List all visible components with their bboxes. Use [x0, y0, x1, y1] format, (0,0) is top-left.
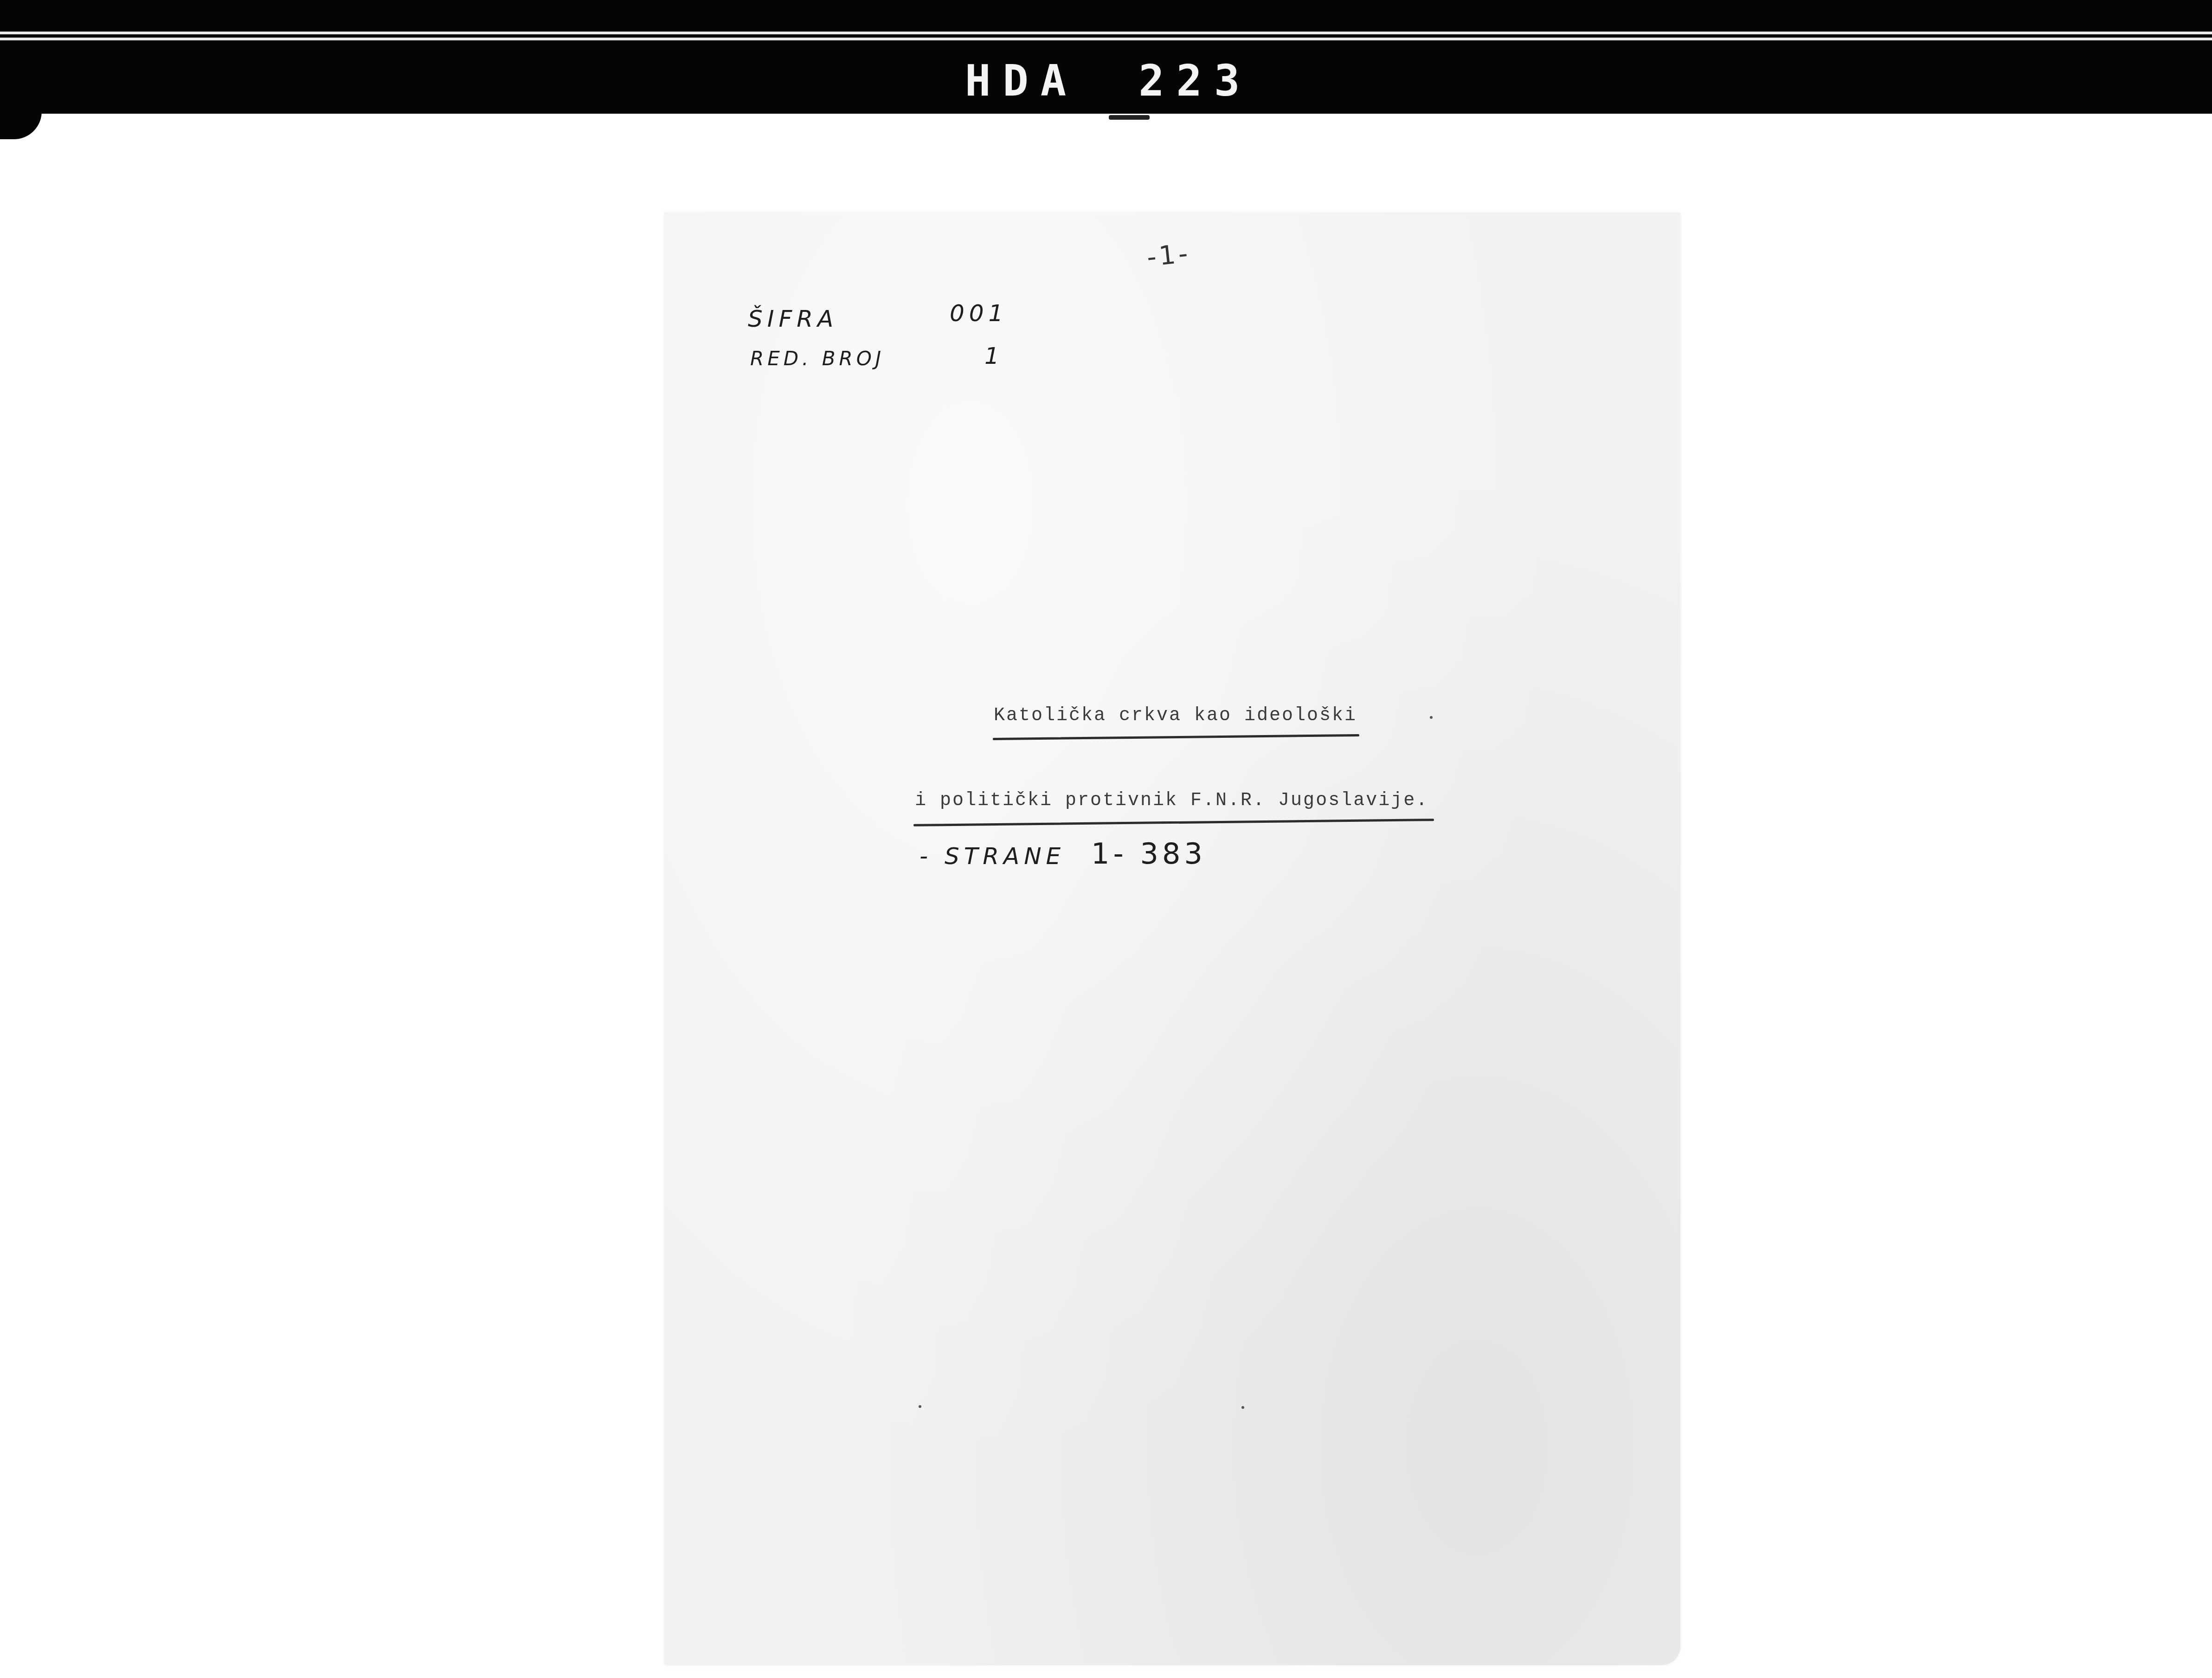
serial-number-value: 1 [984, 342, 1004, 369]
paper-speck [919, 1405, 921, 1408]
code-value: 001 [950, 300, 1008, 327]
code-label: ŠIFRA [748, 305, 838, 332]
title-underline [913, 819, 1434, 826]
archive-code: HDA [965, 56, 1078, 106]
film-edge-line [0, 38, 2212, 40]
reel-number: 223 [1138, 56, 1252, 106]
frame-corner [0, 111, 42, 139]
document-title-line-1: Katolička crkva kao ideološki [994, 705, 1357, 726]
pages-range: 1- 383 [1091, 837, 1206, 871]
film-identifier: HDA223 [965, 58, 1252, 104]
document-title-line-2: i politički protivnik F.N.R. Jugoslavije… [915, 790, 1428, 811]
film-frame-mark [1109, 115, 1150, 120]
page-number: -1- [1145, 238, 1192, 272]
pages-label: - STRANE [920, 843, 1065, 870]
serial-number-label: RED. BROJ [750, 347, 885, 370]
document-sheet: -1- ŠIFRA 001 RED. BROJ 1 Katolička crkv… [664, 213, 1680, 1665]
film-edge-line [0, 32, 2212, 34]
paper-speck [1241, 1406, 1244, 1409]
paper-speck [1430, 716, 1433, 719]
microfilm-header-band: HDA223 [0, 0, 2212, 114]
title-underline [993, 734, 1359, 740]
